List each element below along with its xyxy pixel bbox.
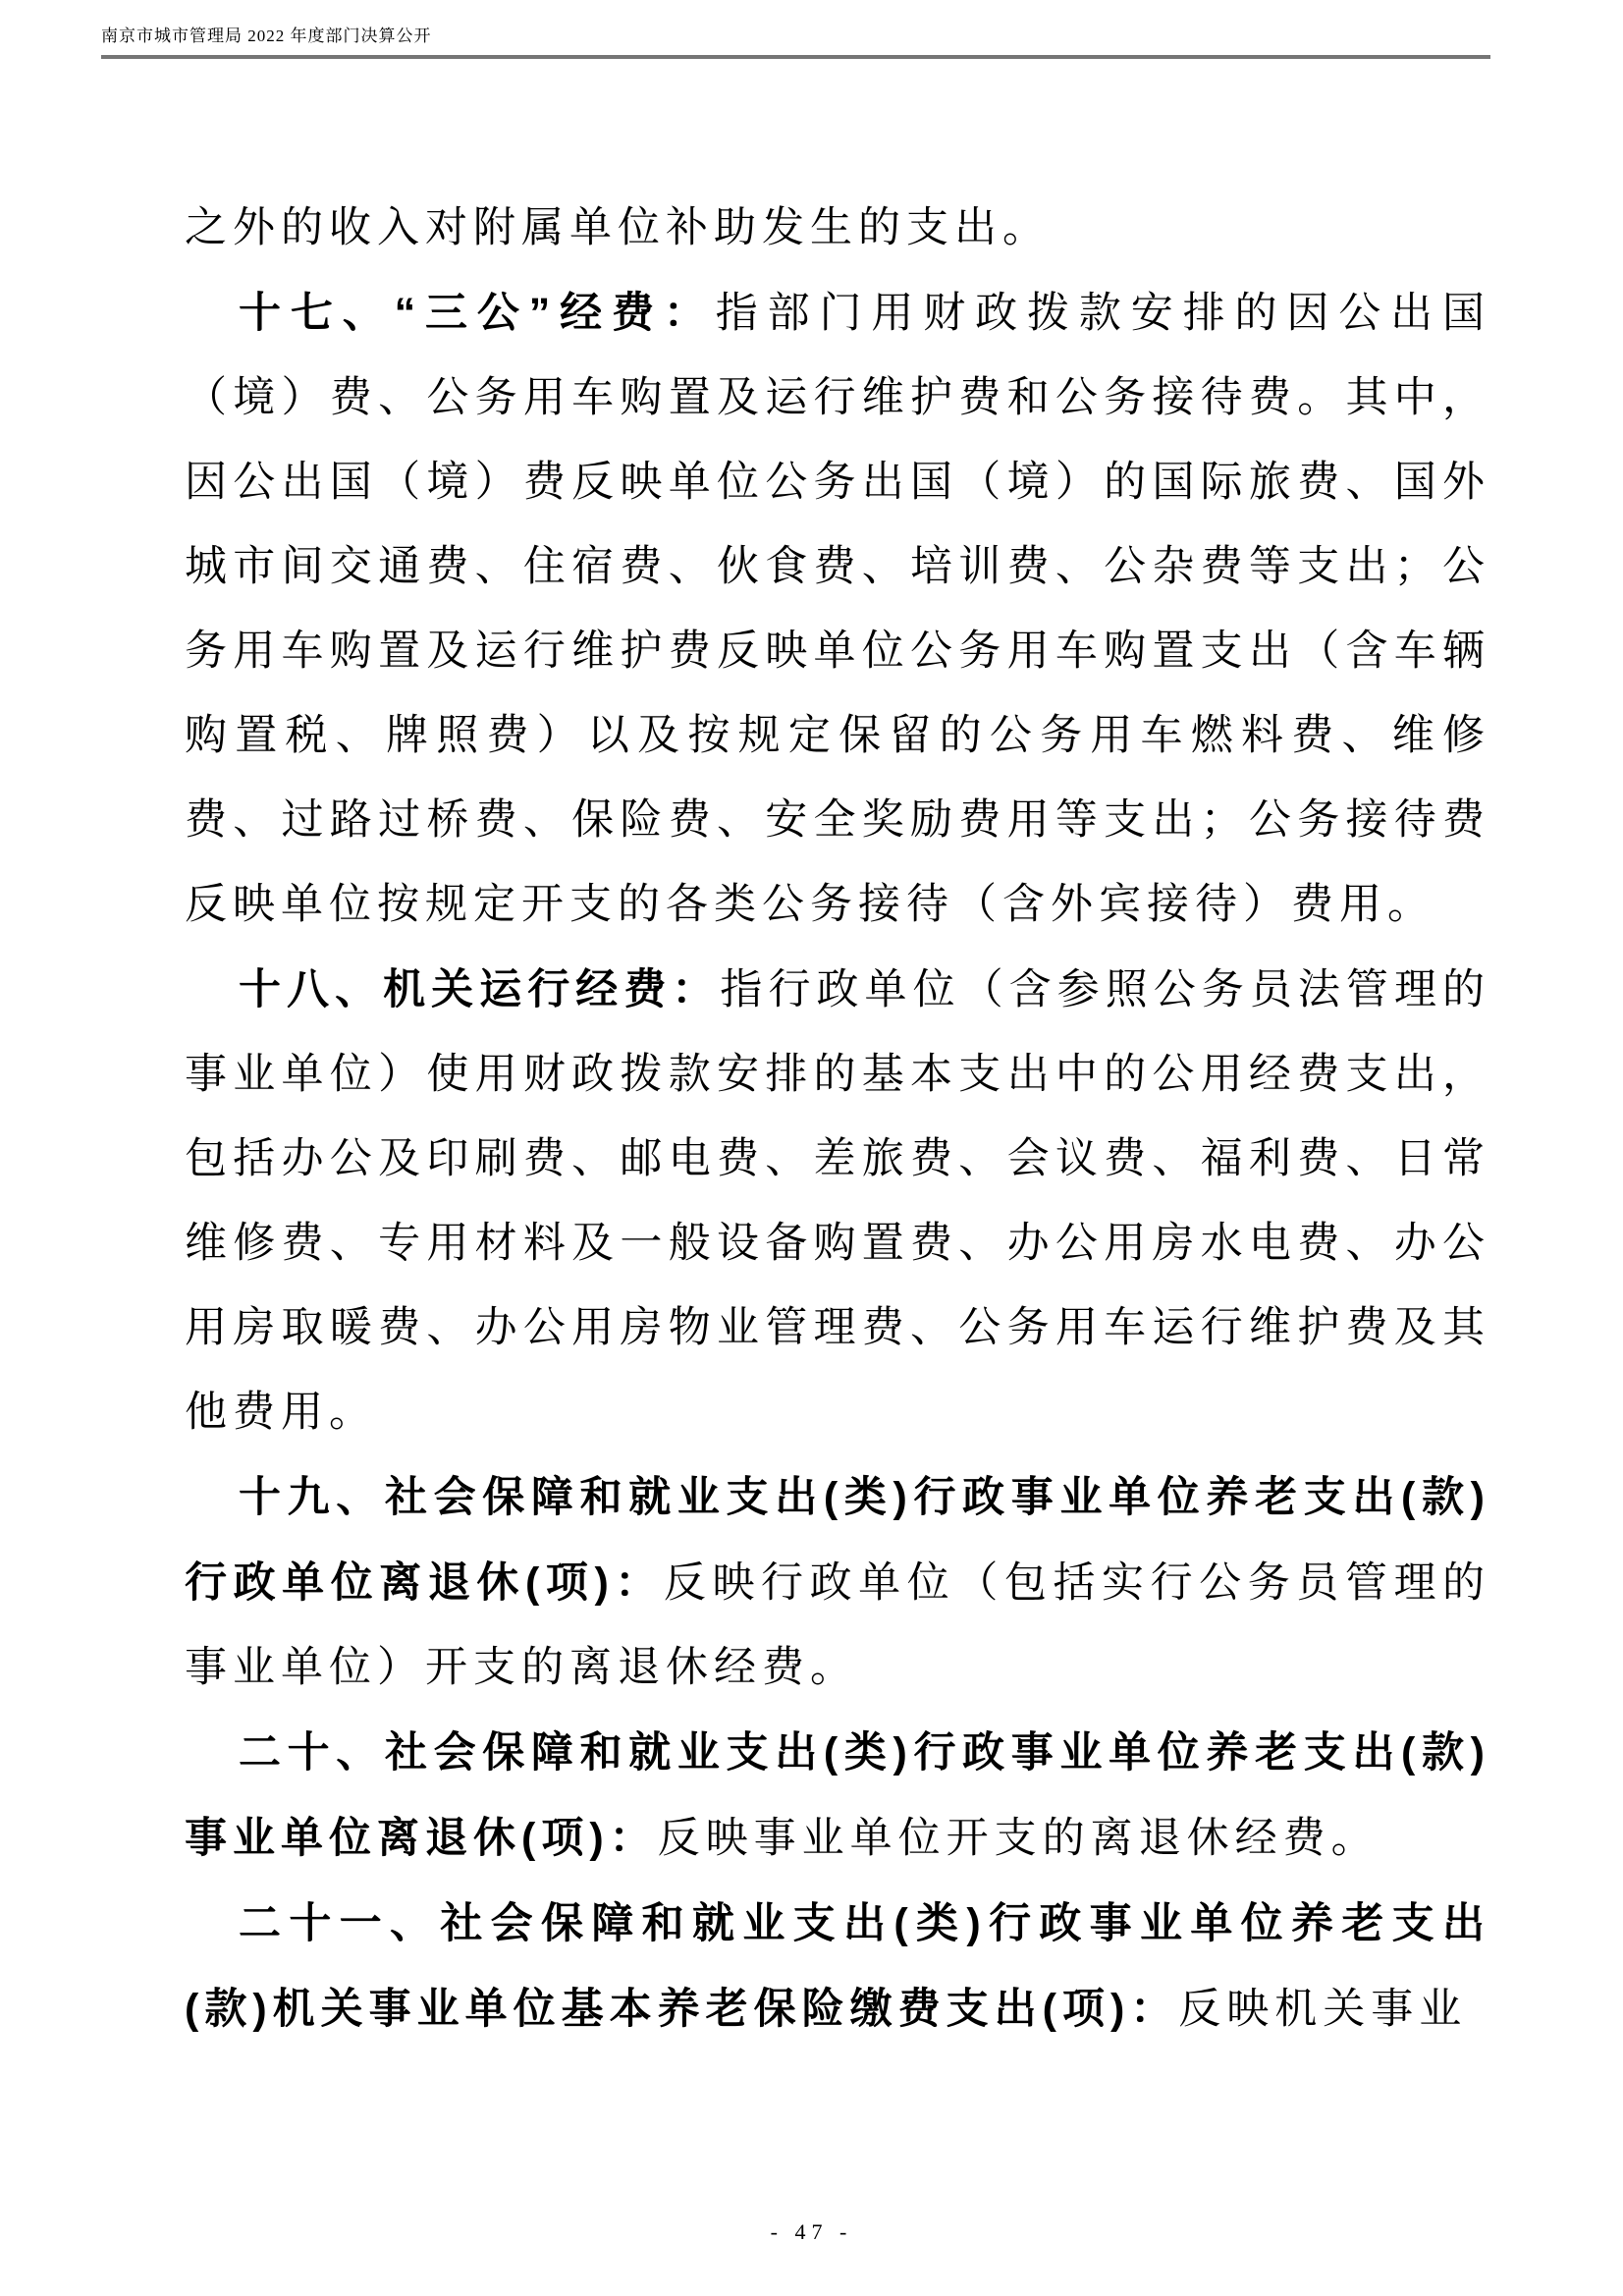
document-body: 之外的收入对附属单位补助发生的支出。十七、“三公”经费：指部门用财政拨款安排的因… (185, 187, 1490, 2052)
paragraph-lead: 十八、机关运行经费： (239, 966, 720, 1013)
paragraph: 十七、“三公”经费：指部门用财政拨款安排的因公出国（境）费、公务用车购置及运行维… (185, 271, 1490, 948)
paragraph: 十八、机关运行经费：指行政单位（含参照公务员法管理的事业单位）使用财政拨款安排的… (185, 948, 1490, 1455)
paragraph-text: 反映事业单位开支的离退休经费。 (658, 1816, 1380, 1862)
paragraph-text: 指行政单位（含参照公务员法管理的事业单位）使用财政拨款安排的基本支出中的公用经费… (185, 967, 1490, 1436)
page-number: - 47 - (771, 2219, 853, 2244)
paragraph: 二十、社会保障和就业支出(类)行政事业单位养老支出(款)事业单位离退休(项)：反… (185, 1711, 1490, 1882)
page-footer: - 47 - (0, 2219, 1623, 2245)
paragraph-lead: 十七、“三公”经费： (239, 290, 716, 337)
paragraph: 十九、社会保障和就业支出(类)行政事业单位养老支出(款)行政单位离退休(项)：反… (185, 1455, 1490, 1711)
header-title: 南京市城市管理局 2022 年度部门决算公开 (101, 22, 432, 46)
paragraph-text: 反映机关事业 (1178, 1987, 1467, 2033)
paragraph-text: 指部门用财政拨款安排的因公出国（境）费、公务用车购置及运行维护费和公务接待费。其… (185, 291, 1490, 928)
document-page: 南京市城市管理局 2022 年度部门决算公开 之外的收入对附属单位补助发生的支出… (0, 0, 1623, 2296)
paragraph: 之外的收入对附属单位补助发生的支出。 (185, 187, 1490, 271)
header-rule (101, 55, 1490, 59)
paragraph: 二十一、社会保障和就业支出(类)行政事业单位养老支出(款)机关事业单位基本养老保… (185, 1882, 1490, 2052)
paragraph-text: 之外的收入对附属单位补助发生的支出。 (185, 205, 1051, 251)
